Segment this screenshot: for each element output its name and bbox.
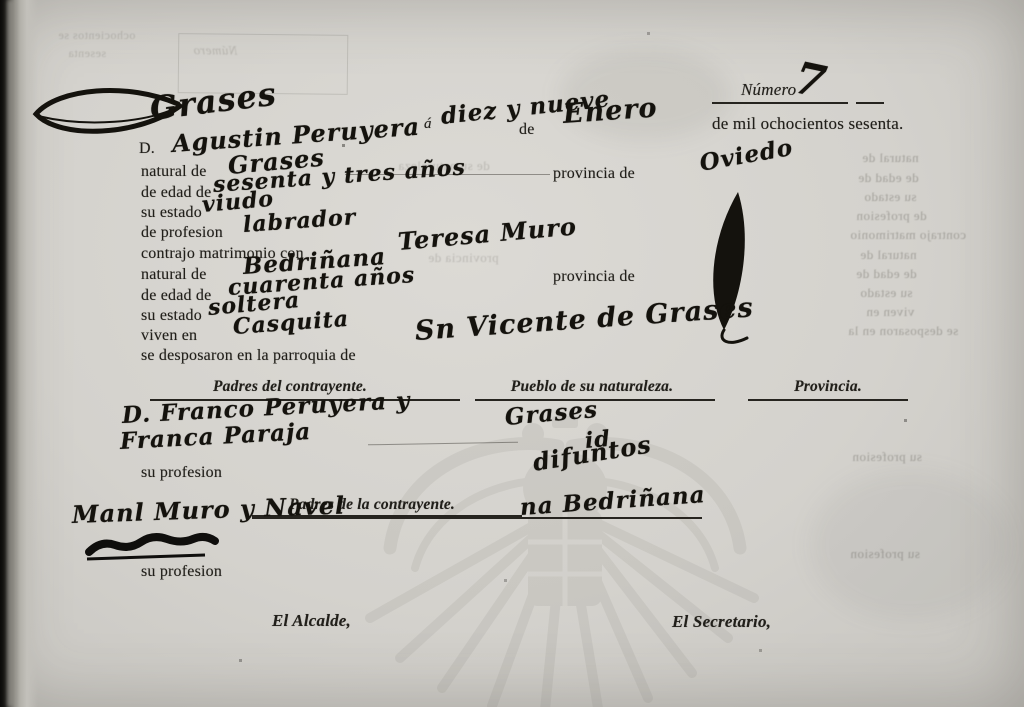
numero-label: Número [741, 80, 796, 100]
ghost-text: de profesion [856, 208, 927, 224]
su-profesion-label-1: su profesion [141, 464, 222, 482]
year-line: de mil ochocientos sesenta. [712, 114, 903, 134]
ghost-text: su profesion [852, 449, 922, 465]
ghost-text: sesenta [68, 46, 106, 61]
paper-specks [0, 0, 1, 1]
ghost-text: se desposaron en la [848, 323, 958, 339]
alcalde-label: El Alcalde, [272, 611, 351, 631]
groom-d-label: D. [139, 140, 155, 158]
provincia-ditto-flourish [700, 188, 770, 353]
groom-provincia-label: provincia de [553, 165, 635, 183]
numero-underline [712, 102, 848, 104]
place-handwritten: Grases [148, 75, 279, 128]
numero-value-handwritten: 7 [790, 53, 832, 109]
ghost-text: su estado [864, 189, 917, 205]
ghost-text: su estado [860, 285, 913, 301]
ghost-text: contrajo matrimonio [850, 227, 966, 243]
bride-estado-label: su estado [141, 307, 202, 325]
secretario-label: El Secretario, [672, 612, 771, 632]
viven-en-label: viven en [141, 327, 197, 345]
numero-underline-dash [856, 102, 884, 104]
su-profesion-label-2: su profesion [141, 563, 222, 581]
date-connector: de [519, 121, 535, 139]
ghost-text: natural de [860, 247, 917, 263]
bride-parents-handwritten: Manl Muro y Navel [71, 490, 345, 529]
ghost-text: Número [193, 42, 238, 58]
parroquia-label: se desposaron en la parroquia de [141, 347, 356, 365]
table-header-underline-3 [748, 399, 908, 401]
ghost-text: ochocientos se [58, 28, 135, 43]
groom-estado-label: su estado [141, 204, 202, 222]
ghost-text: de edad de [856, 266, 917, 282]
date-prefix: á [424, 116, 432, 133]
ink-scribble [85, 536, 220, 564]
groom-provincia-handwritten: Oviedo [698, 134, 795, 177]
bride-edad-label: de edad de [141, 287, 211, 305]
groom-natural-label: natural de [141, 163, 207, 181]
marriage-record-page: Número ochocientos se sesenta de su natu… [0, 0, 1024, 707]
groom-profesion-label: de profesion [141, 224, 223, 242]
ghost-text: natural de [862, 150, 919, 166]
ghost-text: viven en [866, 304, 914, 320]
table-header-pueblo: Pueblo de su naturaleza. [511, 378, 673, 396]
paper-stain [810, 470, 1010, 620]
ghost-text: de edad de [858, 170, 919, 186]
bride-natural-label: natural de [141, 266, 207, 284]
bride-provincia-label: provincia de [553, 268, 635, 286]
ghost-text: su profesion [850, 546, 920, 562]
date-month-handwritten: Enero [562, 92, 659, 130]
table-header-provincia: Provincia. [794, 378, 862, 396]
